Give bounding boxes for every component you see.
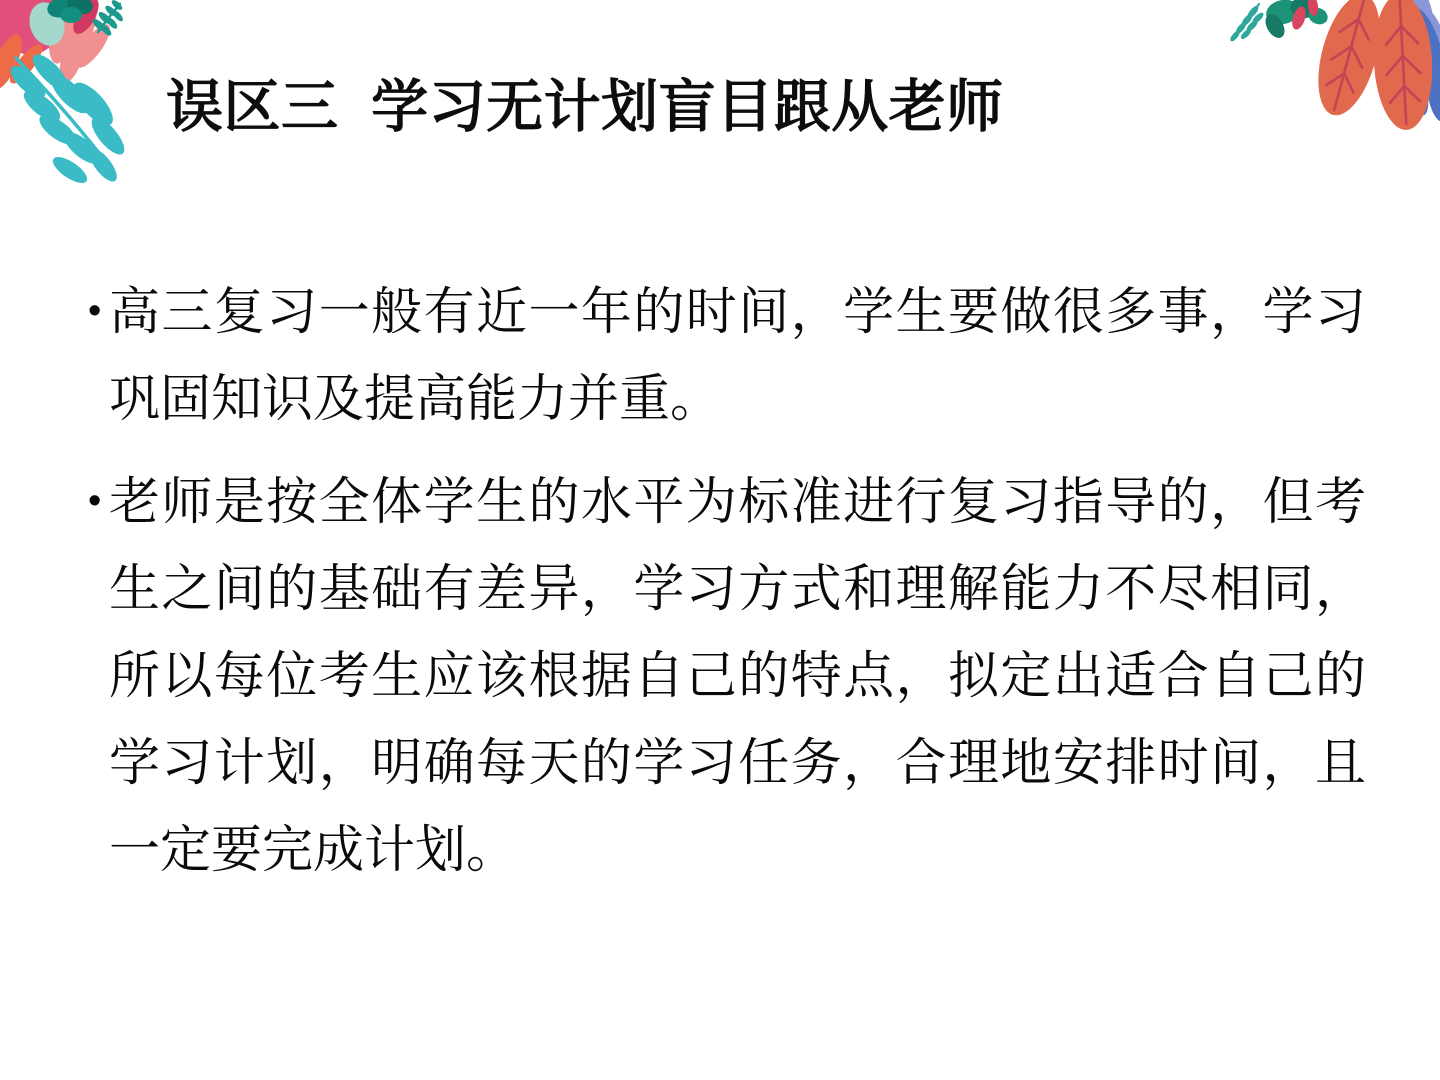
floral-decoration-top-right-icon	[1225, 0, 1440, 145]
salmon-petal-shape	[57, 2, 103, 66]
coral-leaf-right	[1370, 0, 1435, 131]
green-leaf-cluster	[1262, 0, 1331, 41]
presentation-slide: 误区三 学习无计划盲目跟从老师 • 高三复习一般有近一年的时间，学生要做很多事，…	[0, 0, 1440, 1080]
bullet-marker: •	[88, 458, 101, 545]
teal-fern-branch	[91, 0, 125, 37]
bullet-item: • 老师是按全体学生的水平为标准进行复习指导的，但考生之间的基础有差异，学习方式…	[88, 458, 1366, 893]
bullet-text: 老师是按全体学生的水平为标准进行复习指导的，但考生之间的基础有差异，学习方式和理…	[109, 473, 1366, 878]
mint-leaf-shape	[24, 0, 70, 50]
coral-leaf-left	[1307, 0, 1391, 122]
floral-decoration-top-left-icon	[0, 0, 150, 200]
bullet-marker: •	[88, 268, 101, 355]
salmon-petal-shape	[44, 0, 79, 66]
dark-teal-flower-shape	[60, 7, 82, 23]
bullet-item: • 高三复习一般有近一年的时间，学生要做很多事，学习巩固知识及提高能力并重。	[88, 268, 1366, 442]
light-blue-stem	[1376, 38, 1384, 96]
turquoise-leaf-branch	[6, 49, 130, 188]
salmon-petal-shape	[54, 30, 89, 86]
orange-petal-shape	[0, 30, 28, 94]
periwinkle-feather-shape	[1400, 0, 1440, 66]
pink-petal-shape	[0, 0, 82, 55]
pink-petal-shape	[0, 17, 28, 79]
teal-fern-branch	[1229, 4, 1265, 43]
dark-teal-flower-shape	[45, 0, 79, 21]
slide-title: 误区三 学习无计划盲目跟从老师	[166, 70, 1004, 144]
crimson-accent-shape	[1290, 5, 1309, 32]
crimson-petal-shape	[68, 0, 104, 38]
blue-feather-shape	[1388, 0, 1440, 123]
crimson-accent-shape	[1307, 0, 1320, 17]
orange-petal-shape	[5, 40, 47, 88]
salmon-petal-shape	[70, 20, 115, 73]
bullet-text: 高三复习一般有近一年的时间，学生要做很多事，学习巩固知识及提高能力并重。	[109, 283, 1366, 427]
bullet-list: • 高三复习一般有近一年的时间，学生要做很多事，学习巩固知识及提高能力并重。 •…	[88, 268, 1366, 909]
dark-teal-flower-shape	[65, 0, 95, 17]
